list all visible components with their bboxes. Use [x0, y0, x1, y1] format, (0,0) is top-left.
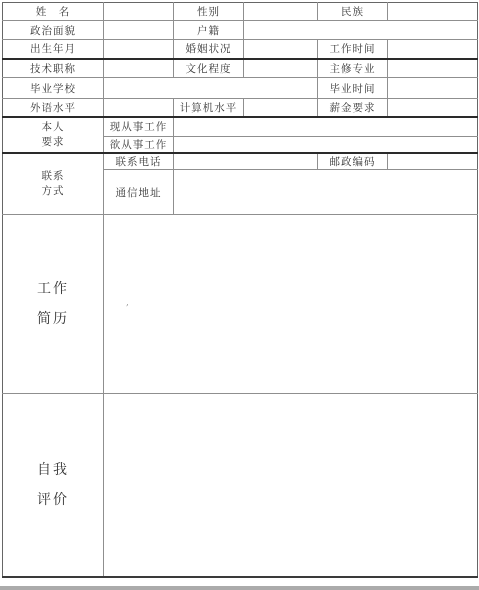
self-evaluation-content [104, 394, 478, 577]
desired-job-label: 欲从事工作 [104, 137, 174, 154]
current-job-label: 现从事工作 [104, 117, 174, 137]
marital-status-label: 婚姻状况 [174, 40, 244, 59]
birth-date-label: 出生年月 [3, 40, 104, 59]
technical-title-label: 技术职称 [3, 59, 104, 78]
stray-ink-mark: , [126, 299, 129, 308]
marital-status-value [244, 40, 318, 59]
postal-code-label: 邮政编码 [318, 153, 388, 170]
row-phone-postal: 联系 方式 联系电话 邮政编码 [3, 153, 478, 170]
postal-code-value [388, 153, 478, 170]
education-level-value [244, 59, 318, 78]
contact-method-line1: 联系 [3, 169, 103, 184]
row-self-evaluation: 自我 评价 [3, 394, 478, 577]
personal-request-line2: 要求 [3, 135, 103, 150]
work-time-label: 工作时间 [318, 40, 388, 59]
foreign-language-label: 外语水平 [3, 99, 104, 117]
education-level-label: 文化程度 [174, 59, 244, 78]
ethnicity-value [388, 3, 478, 21]
foreign-language-value [104, 99, 174, 117]
phone-label: 联系电话 [104, 153, 174, 170]
work-resume-content: , [104, 215, 478, 394]
computer-level-label: 计算机水平 [174, 99, 244, 117]
work-resume-label: 工作 简历 [3, 215, 104, 394]
work-resume-line1: 工作 [3, 274, 103, 304]
graduate-school-value [104, 78, 318, 99]
current-job-value [174, 117, 478, 137]
technical-title-value [104, 59, 174, 78]
personal-request-label: 本人 要求 [3, 117, 104, 154]
row-name-gender-ethnicity: 姓 名 性别 民族 [3, 3, 478, 21]
page-bottom-edge [0, 586, 479, 590]
personal-request-line1: 本人 [3, 120, 103, 135]
graduate-school-label: 毕业学校 [3, 78, 104, 99]
political-status-value [104, 21, 174, 40]
row-political-household: 政治面貌 户籍 [3, 21, 478, 40]
mailing-address-value [174, 170, 478, 215]
row-title-education-major: 技术职称 文化程度 主修专业 [3, 59, 478, 78]
row-current-job: 本人 要求 现从事工作 [3, 117, 478, 137]
row-school-graduation: 毕业学校 毕业时间 [3, 78, 478, 99]
gender-label: 性别 [174, 3, 244, 21]
major-value [388, 59, 478, 78]
salary-requirement-label: 薪金要求 [318, 99, 388, 117]
self-evaluation-label: 自我 评价 [3, 394, 104, 577]
computer-level-value [244, 99, 318, 117]
self-evaluation-line1: 自我 [3, 455, 103, 485]
contact-method-line2: 方式 [3, 184, 103, 199]
gender-value [244, 3, 318, 21]
row-birth-marital-worktime: 出生年月 婚姻状况 工作时间 [3, 40, 478, 59]
phone-value [174, 153, 318, 170]
household-registration-label: 户籍 [174, 21, 244, 40]
ethnicity-label: 民族 [318, 3, 388, 21]
mailing-address-label: 通信地址 [104, 170, 174, 215]
birth-date-value [104, 40, 174, 59]
self-evaluation-line2: 评价 [3, 485, 103, 515]
row-work-resume: 工作 简历 , [3, 215, 478, 394]
resume-form-table: 姓 名 性别 民族 政治面貌 户籍 出生年月 婚姻状况 工作时间 技术职称 文化… [2, 2, 478, 578]
household-registration-value [244, 21, 478, 40]
contact-method-label: 联系 方式 [3, 153, 104, 215]
row-language-computer-salary: 外语水平 计算机水平 薪金要求 [3, 99, 478, 117]
salary-requirement-value [388, 99, 478, 117]
work-resume-line2: 简历 [3, 304, 103, 334]
name-value [104, 3, 174, 21]
graduation-time-label: 毕业时间 [318, 78, 388, 99]
name-label: 姓 名 [3, 3, 104, 21]
graduation-time-value [388, 78, 478, 99]
major-label: 主修专业 [318, 59, 388, 78]
desired-job-value [174, 137, 478, 154]
work-time-value [388, 40, 478, 59]
political-status-label: 政治面貌 [3, 21, 104, 40]
